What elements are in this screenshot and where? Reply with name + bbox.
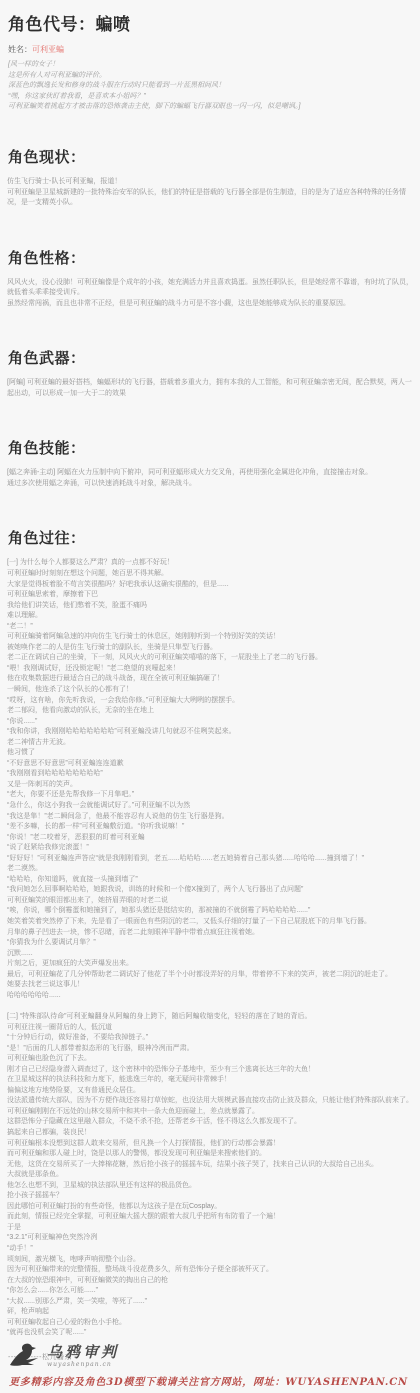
text-line: 可利亚蝙笑着挑起方才被击落的恐怖袭击主使，脚下的蝙蝠飞行器双眼也一闪一闪，似是嘲… (8, 102, 413, 113)
text-line: 可利亚蝙是卫星城新建的一批特殊治安军的队长，他们的特征是搭载的飞行器全部是仿生制… (7, 188, 413, 209)
text-line: “差不多嘛，长的都一样”可利亚蝙敷衍道。“你听我说嘛！” (7, 822, 413, 833)
name-label: 姓名： (8, 45, 32, 54)
section-weapon-body: [阿蝙] 可利亚蝙的最好搭档，蝙蝠形状的飞行器，搭载着多重火力，拥有本我的人工智… (7, 378, 413, 399)
text-line: 而可利亚蝙和那人碰上时，饶是以那人的警惕，都没发现可利亚蝙是来搜索他们的。 (7, 1149, 413, 1160)
text-line: 老二正在调试自己的坐骑，下一刻，风风火火的可利亚蝙笑嘻嘻的落下，一屁股坐上了老二… (7, 653, 413, 664)
text-line: 她要去找老三说这事儿！ (7, 980, 413, 991)
footer-notice: 更多精彩内容及角色3D模型下载请关注官方网站，网址：WUYASHENPAN.CN (9, 1373, 413, 1388)
text-line: “你怎么会......你怎么可能......” (7, 1286, 413, 1297)
text-line: 哈哈哈哈哈哈...... (7, 991, 413, 1002)
text-line: “哎呀，这有啥，你先听我说，一会我给你修。”可利亚蝙大大咧咧的摆摆手。 (7, 696, 413, 707)
brand-domain: wuyashenpan.cn (47, 1362, 119, 1368)
text-line: 这群恐怖分子隐藏在这里融入群众，不烧不杀不抢，还帮老乡干活，怪不得这么久都发现不… (7, 1117, 413, 1128)
text-line: 可利亚蝙骑着阿蝙急速的冲向仿生飞行骑士的休息区，她刚刚听到一个特别好笑的笑话！ (7, 632, 413, 643)
text-line: “你说！”老二咬着牙，恶狠狠的盯着可利亚蝙 (7, 833, 413, 844)
text-line: “急什么，你这小狗我一会就能调试好了。”可利亚蝙不以为然 (7, 801, 413, 812)
text-line: 可利亚注视一圈背后的人，低沉道 (7, 1023, 413, 1034)
section-status: 角色现状： 仿生飞行骑士-队长可利亚蝙，报道！可利亚蝙是卫星城新建的一批特殊治安… (7, 146, 413, 209)
text-line: 沉默...... (7, 949, 413, 960)
text-line: 风风火火，没心没肺！可利亚蝙像是个成年的小孩，她充满活力并且喜欢捣蛋。虽然任职队… (7, 278, 413, 299)
site-footer: 乌鸦审判 wuyashenpan.cn 更多精彩内容及角色3D模型下载请关注官方… (9, 1342, 413, 1388)
text-line: 仿生飞行骑士-队长可利亚蝙，报道！ (7, 177, 413, 188)
character-profile-page: 角色代号：蝙喷 姓名：可利亚蝙 [风一样的女子！这是所有人对可利亚蝙的评价。深蓝… (0, 0, 420, 1393)
text-line: “好好好！”可利亚蝙连声答应“就是我刚刚看到，老五......哈哈哈......… (7, 854, 413, 865)
text-line: 被她唤作老二的人是仿生飞行骑士的副队长，坐骑是只隼型飞行器。 (7, 643, 413, 654)
intro-quote: [风一样的女子！这是所有人对可利亚蝙的评价。深蓝色的飘逸长发和修身的战斗服在行动… (8, 60, 413, 113)
text-line: “哈哈哈，你知道吗，就直接一头撞到墙了” (7, 875, 413, 886)
text-line: “你猜我为什么要调试月隼？” (7, 938, 413, 949)
text-line: 这是所有人对可利亚蝙的评价。 (8, 71, 413, 82)
brand-text: 乌鸦审判 wuyashenpan.cn (47, 1345, 119, 1368)
text-line: 她笑着笑着突然停了下来，先是看了一眼面色有些阴沉的老二，又低头仔细的打量了一下自… (7, 917, 413, 928)
section-history-body: [一] 为什么每个人都要这么严肃？真的一点都不好玩！可利亚蝙时时刻刻在想这个问题… (7, 558, 413, 1338)
text-line: 可利亚蝙时时刻刻在想这个问题，她百思不得其解。 (7, 569, 413, 580)
text-line: 可利亚蝙也脸色沉了下去。 (7, 1054, 413, 1065)
text-line: “说了赶紧给我修完滚蛋！” (7, 843, 413, 854)
text-line: [风一样的女子！ (8, 60, 413, 71)
text-line: 老二郁闷，他看向激动的队长，无奈的坐在地上 (7, 706, 413, 717)
text-line: 在大叔的惊恐眼神中，可利亚蝙微笑的掏出自己的枪 (7, 1276, 413, 1287)
text-line: 大叔就是那条鱼。 (7, 1170, 413, 1181)
text-line: 深蓝色的飘逸长发和修身的战斗服在行动时只能看到一片蓝黑相间风！ (8, 81, 413, 92)
section-history: 角色过往： [一] 为什么每个人都要这么严肃？真的一点都不好玩！可利亚蝙时时刻刻… (7, 527, 413, 1338)
text-line: “嘿，你这家伙盯着我看，是喜欢本小姐吗？” (8, 92, 413, 103)
section-skill-heading: 角色技能： (8, 437, 413, 458)
text-line: 顷刻间，激光横飞，咆哮声响彻整个山谷。 (7, 1255, 413, 1266)
name-row: 姓名：可利亚蝙 (8, 44, 413, 56)
text-line: 而此刻，情报已经完全掌握，可利亚蝙大摇大摆的跟着大叔几乎把所有布防看了一个遍！ (7, 1212, 413, 1223)
text-line: 一瞬间，他连杀了这个队长的心都有了！ (7, 685, 413, 696)
text-line: [一] 为什么每个人都要这么严肃？真的一点都不好玩！ (7, 558, 413, 569)
text-line: “喂！我刚调试好，还没锁定呢！”老二绝望的哀嚎起来！ (7, 664, 413, 675)
text-line: “我这是隼！”老二瞬间急了，他最不能容忍有人说他的仿生飞行器是狗。 (7, 812, 413, 823)
name-value: 可利亚蝙 (32, 45, 64, 54)
text-line: 月隼的鼻子凹进去一块，惨不忍睹，而老二此刻眼神平静中带着点疯狂注视着她。 (7, 928, 413, 939)
text-line: 刚才自己已经隐身潜入调查过了，这个密林中的恐怖分子基地中，至少有三个逃离长达三年… (7, 1065, 413, 1076)
text-line: 难以理解。 (7, 611, 413, 622)
text-line: “你说......” (7, 717, 413, 728)
section-personality: 角色性格： 风风火火，没心没肺！可利亚蝙像是个成年的小孩，她充满活力并且喜欢捣蛋… (7, 247, 413, 310)
text-line: 他在收集数据进行最适合自己的战斗战备，现在全被可利亚蝙搞砸了！ (7, 674, 413, 685)
page-title: 角色代号：蝙喷 (8, 10, 413, 35)
text-line: 通过多次使用蝠之奔涌，可以快速消耗战斗对象，解决战斗。 (7, 479, 413, 490)
text-line: 虽然经常闯祸，而且也非常不正经，但是可利亚蝙的战斗力可是不容小觑，这也是她能够成… (7, 299, 413, 310)
text-line: 我给他们讲笑话，他们憋着不笑，脸蛋不痛吗 (7, 601, 413, 612)
crow-icon (9, 1342, 43, 1368)
text-line: “不好意思不好意思”可利亚蝙连连道歉 (7, 759, 413, 770)
text-line: [蝠之奔涌-主动] 阿蝠在火力压制中向下俯冲，同可利亚蝠形成火力交叉角，再使用强… (7, 468, 413, 479)
text-line: 可利亚蝙思索着，摩擦着下巴 (7, 590, 413, 601)
brand-name: 乌鸦审判 (47, 1345, 119, 1360)
text-line: 老二神情古井无波。 (7, 738, 413, 749)
text-line: 搞起来自己都骗，装良民！ (7, 1128, 413, 1139)
text-line: 可利亚蝙收起自己心爱的粉色小手枪。 (7, 1318, 413, 1329)
text-line: “我刚刚看到哈哈哈哈哈哈哈哈” (7, 769, 413, 780)
section-skill-body: [蝠之奔涌-主动] 阿蝠在火力压制中向下俯冲，同可利亚蝠形成火力交叉角，再使用强… (7, 468, 413, 489)
text-line: 他习惯了 (7, 748, 413, 759)
text-line: 大家是觉得板着脸不苟言笑很酷吗？好吧我承认这确实很酷的，但是...... (7, 580, 413, 591)
text-line: “大叔......别那么严肃，笑一笑啦，等死了......” (7, 1297, 413, 1308)
text-line: “3.2.1”可利亚蝙神色突然冷冽 (7, 1233, 413, 1244)
text-line: 最后，可利亚蝙花了几分钟帮助老二调试好了他花了半个小时都没弄好的月隼，带着停不下… (7, 970, 413, 981)
brand-logo: 乌鸦审判 wuyashenpan.cn (9, 1342, 413, 1368)
text-line: 在卫星城这样的执法科技和力度下，能逃逸三年的，毫无疑问非常棘手！ (7, 1075, 413, 1086)
text-line: 没法派遣传统大部队，因为不方便作战还容易打草惊蛇，也没法用大规模武器直接攻击防止… (7, 1096, 413, 1107)
text-line: “唉，你说，哪个倒霉蛋和她撞到了，她那头猪还是挺结实的，那被撞的不就倒霉了吗哈哈… (7, 906, 413, 917)
text-line: 因为可利亚蝙带来的完整情报，整场战斗没花费多久，所有恐怖分子便全部被歼灭了。 (7, 1265, 413, 1276)
text-line: 又是一阵刺耳的笑声。 (7, 780, 413, 791)
text-line: 可利亚蝙刚刚在不远处的山林交易所中和其中一条大鱼迎面碰上，差点就暴露了。 (7, 1107, 413, 1118)
text-line: “是！”后面的几人都带着拟态形的飞行器，眼神冷冽而严肃。 (7, 1044, 413, 1055)
text-line: 他怎么也想不到，卫星城的执法部队里还有这样的极品货色。 (7, 1181, 413, 1192)
text-line: “老二！” (7, 622, 413, 633)
section-personality-heading: 角色性格： (8, 247, 413, 268)
text-line: 可利亚蝙笑的眼泪都出来了，她挤眉弄眼的对老二说 (7, 896, 413, 907)
section-history-heading: 角色过往： (8, 527, 413, 548)
section-skill: 角色技能： [蝠之奔涌-主动] 阿蝠在火力压制中向下俯冲，同可利亚蝠形成火力交叉… (7, 437, 413, 489)
text-line: 抢小孩子摇摇车？ (7, 1191, 413, 1202)
section-status-heading: 角色现状： (8, 146, 413, 167)
section-personality-body: 风风火火，没心没肺！可利亚蝙像是个成年的小孩，她充满活力并且喜欢捣蛋。虽然任职队… (7, 278, 413, 310)
text-line: “我和你讲，我刚刚哈哈哈哈哈哈哈”可利亚蝙没讲几句就忍不住咧笑起来。 (7, 727, 413, 738)
text-line: [二] “特殊部队待命”可利亚蝙翻身从阿蝙的身上跨下，随后阿蝙收缩变化，轻轻的落… (7, 1012, 413, 1023)
section-weapon: 角色武器： [阿蝙] 可利亚蝙的最好搭档，蝙蝠形状的飞行器，搭载着多重火力，拥有… (7, 347, 413, 399)
text-line: 砰，枪声响起 (7, 1307, 413, 1318)
text-line: “我问她怎么回事啊哈哈哈，她跟我说，训练的时候和一个傻X撞到了，两个人飞行器出了… (7, 885, 413, 896)
text-line: 可利亚蝙根本没想到这群人敢来交易所，但凡换一个人打探情报，他们的行动都会暴露！ (7, 1139, 413, 1150)
text-line: 偏偏这地方地势险要，又有普通民众居住。 (7, 1086, 413, 1097)
text-line: 老二漠然。 (7, 864, 413, 875)
text-line: 于是 (7, 1223, 413, 1234)
section-status-body: 仿生飞行骑士-队长可利亚蝙，报道！可利亚蝙是卫星城新建的一批特殊治安军的队长，他… (7, 177, 413, 209)
text-line: “老大，你要不还是先帮我修一下月隼吧。” (7, 790, 413, 801)
text-line: 因此哪怕可利亚蝙打扮的有些奇怪，他都以为这孩子是在玩Cosplay。 (7, 1202, 413, 1213)
text-line: 片刻之后，更加疯狂的大笑声爆发出来。 (7, 959, 413, 970)
text-line: 无他，这货在交易所买了一大捧棉花糖，然后抢小孩子的摇摇车玩，结果小孩子哭了，找来… (7, 1160, 413, 1171)
section-weapon-heading: 角色武器： (8, 347, 413, 368)
text-line: “动手！” (7, 1244, 413, 1255)
text-line: “十分钟后行动，做好准备，不要给我掉链子。” (7, 1033, 413, 1044)
text-line: “就再也没机会笑了呢......” (7, 1328, 413, 1339)
text-line (7, 1001, 413, 1012)
text-line: [阿蝙] 可利亚蝙的最好搭档，蝙蝠形状的飞行器，搭载着多重火力，拥有本我的人工智… (7, 378, 413, 399)
